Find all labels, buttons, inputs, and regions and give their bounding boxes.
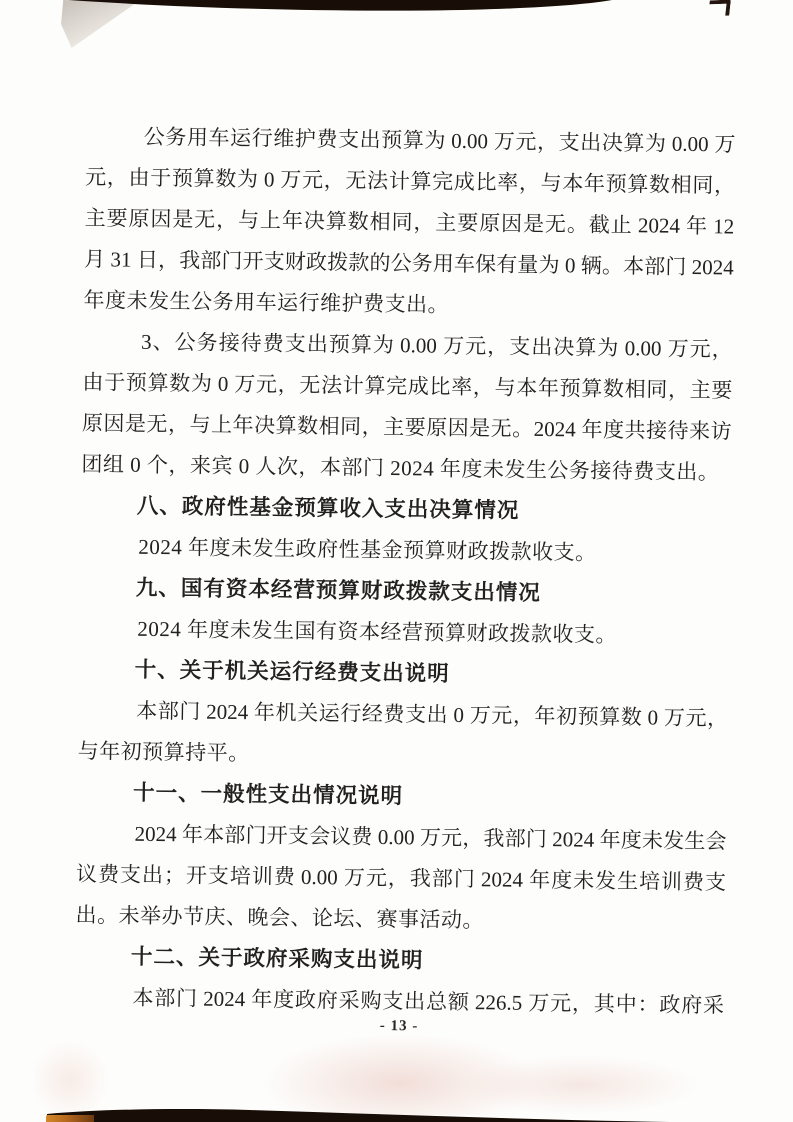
document-text-column: 公务用车运行维护费支出预算为 0.00 万元，支出决算为 0.00 万元，由于预…: [74, 116, 736, 1039]
scanner-edge-bottom: [0, 1106, 793, 1122]
scanned-document-page: 公务用车运行维护费支出预算为 0.00 万元，支出决算为 0.00 万元，由于预…: [0, 0, 793, 1122]
pink-smudge: [265, 1035, 535, 1115]
pink-smudge: [460, 1055, 700, 1115]
page-corner-shadow: [61, 0, 137, 48]
pink-smudge: [30, 1040, 110, 1120]
orange-scan-stain: [46, 1115, 94, 1122]
corner-fold-mark-icon: [708, 0, 731, 16]
text-lines: 公务用车运行维护费支出预算为 0.00 万元，支出决算为 0.00 万元，由于预…: [74, 116, 736, 1026]
